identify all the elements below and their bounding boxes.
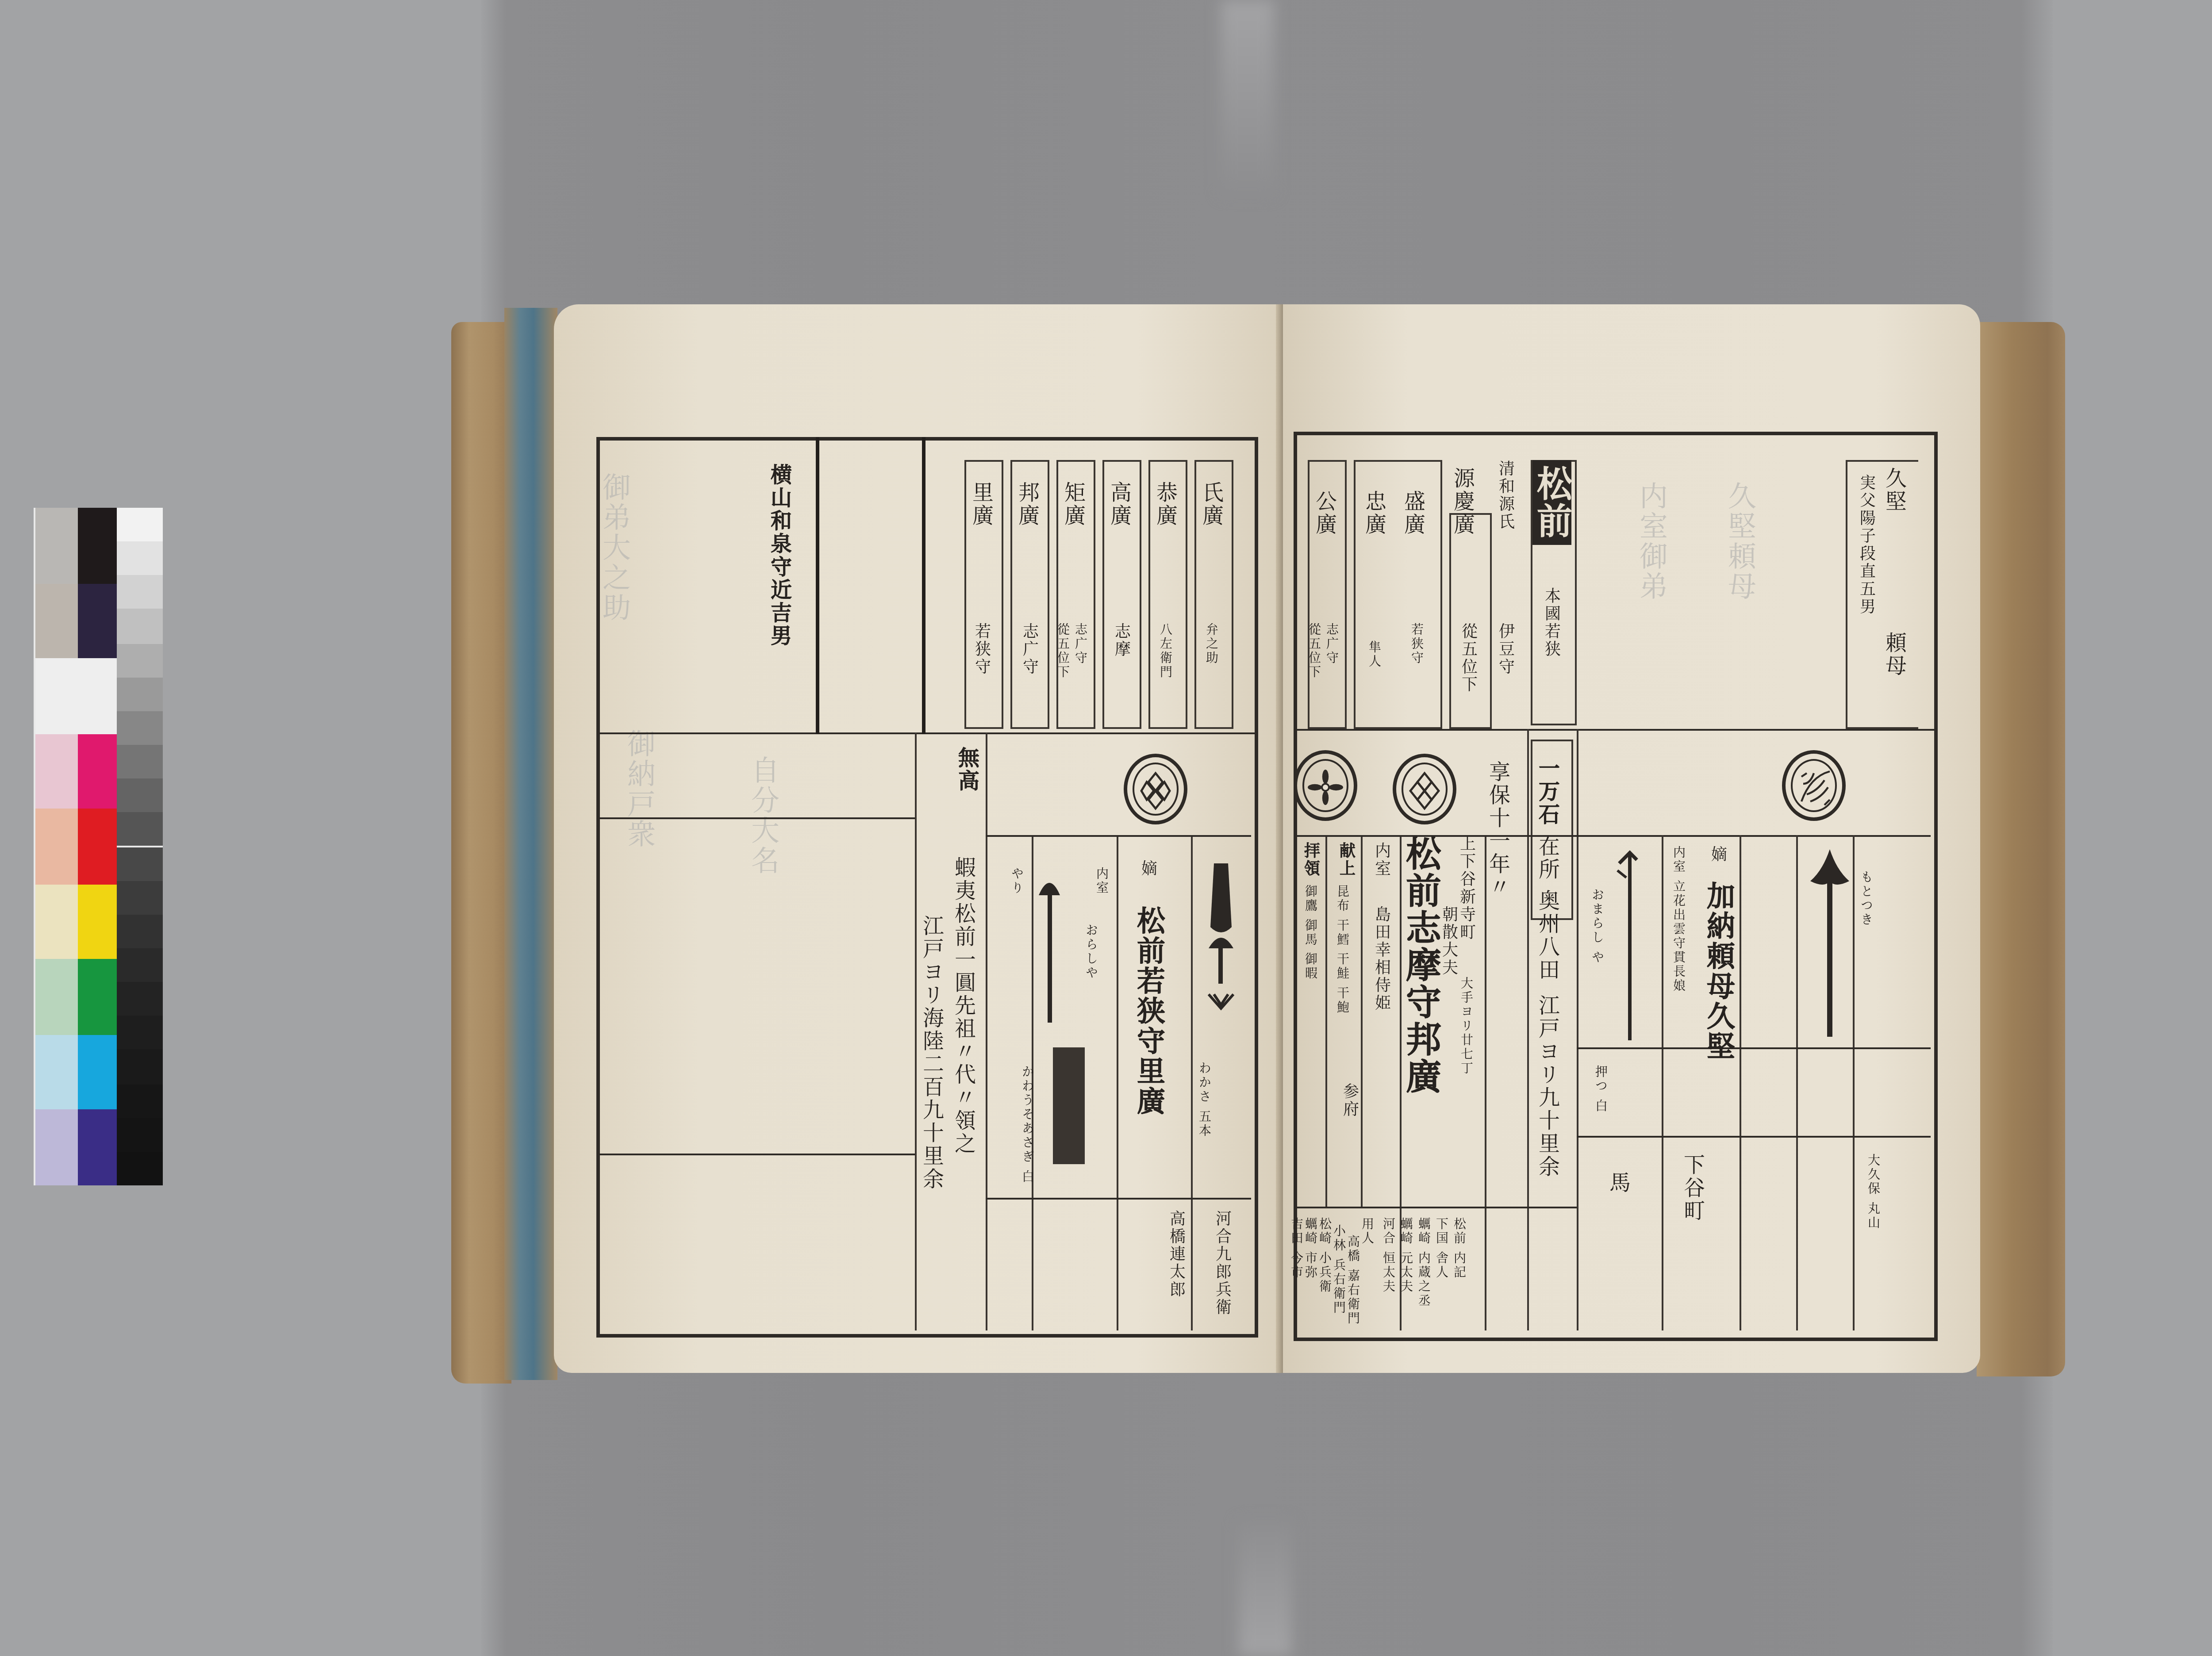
background-highlight-top bbox=[1221, 0, 1274, 195]
spear-note: おらしや bbox=[1085, 924, 1097, 980]
column-divider bbox=[1191, 835, 1193, 1330]
row-divider bbox=[986, 1198, 1251, 1200]
heir-name: 松前若狭守里廣 bbox=[1134, 906, 1163, 1116]
calibration-patch bbox=[78, 658, 117, 733]
descendant-name: 恭廣 bbox=[1156, 481, 1177, 527]
offerings-detail: 昆布 干鱈 干鮭 干鮑 bbox=[1336, 885, 1348, 1015]
spear-note: かわうそあさぎ 白 bbox=[1021, 1065, 1033, 1184]
offerings-season: 参府 bbox=[1340, 1083, 1356, 1118]
column-divider bbox=[1740, 835, 1741, 1330]
grayscale-patch bbox=[117, 1084, 163, 1118]
column-divider bbox=[1117, 835, 1118, 1330]
crossed-diamonds-mon-icon bbox=[1393, 754, 1456, 824]
column-divider bbox=[1796, 835, 1798, 1330]
calibration-patch bbox=[78, 1110, 117, 1185]
grayscale-patch bbox=[117, 948, 163, 982]
grayscale-patch bbox=[117, 982, 163, 1016]
leaf-mon-icon bbox=[1782, 750, 1846, 821]
retainer-name: 蠣崎 元太夫 bbox=[1400, 1217, 1412, 1294]
retainer-name: 河合九郎兵衛 bbox=[1212, 1210, 1228, 1316]
descendant-title: 志广守 bbox=[1325, 623, 1338, 665]
grayscale-patch bbox=[117, 575, 163, 609]
calibration-patch bbox=[78, 809, 117, 884]
founder-rank-box bbox=[1449, 513, 1492, 729]
yashiki-distance: 大手ヨリ廿七丁 bbox=[1460, 977, 1472, 1076]
descendant-name: 高廣 bbox=[1110, 481, 1131, 527]
residence: 在所 奥州八田 bbox=[1538, 835, 1559, 981]
founder-name: 源慶廣 bbox=[1453, 467, 1474, 536]
page-block-right-edge bbox=[1977, 322, 2065, 1376]
horse-note: 馬 bbox=[1609, 1171, 1630, 1194]
calibration-patch bbox=[35, 809, 78, 884]
row-divider bbox=[596, 732, 1255, 734]
descendant-name: 里廣 bbox=[972, 481, 993, 527]
hooked-spear-icon bbox=[1612, 846, 1655, 1051]
descendant-title: 志摩 bbox=[1111, 623, 1127, 658]
calibration-patch bbox=[35, 1035, 78, 1110]
descendant-name: 氏廣 bbox=[1202, 481, 1223, 527]
descendant-rank: 從五位下 bbox=[1056, 623, 1069, 679]
spear-note: やり bbox=[1010, 867, 1023, 895]
bleed-through-text: 内室御弟 bbox=[1637, 481, 1665, 602]
grayscale-patch bbox=[117, 847, 163, 881]
row-divider bbox=[986, 835, 1251, 837]
grayscale-patch bbox=[117, 1151, 163, 1185]
calibration-patch bbox=[35, 583, 78, 658]
town-note: 下谷町 bbox=[1683, 1154, 1704, 1223]
spear-emblem-icon bbox=[1032, 870, 1067, 1037]
retainer-name: 蠣崎 市弥 bbox=[1304, 1217, 1317, 1280]
row-divider bbox=[1577, 835, 1931, 837]
descendant-name: 盛廣 bbox=[1403, 490, 1425, 536]
descendant-name: 矩廣 bbox=[1064, 481, 1085, 527]
right-page: 公廣 從五位下 志广守 忠廣 隼人 盛廣 若狭守 從五位下 源慶廣 清和源氏 伊… bbox=[1283, 304, 1980, 1373]
daimyo-name: 松前志摩守邦廣 bbox=[1403, 835, 1439, 1095]
grayscale-patch bbox=[117, 1050, 163, 1084]
bleed-through-text: 久堅頼母 bbox=[1725, 481, 1754, 602]
note-detail: 実父陽子段直五男 bbox=[1856, 474, 1872, 616]
retainer-name: 小林 兵右衛門 bbox=[1333, 1224, 1345, 1315]
descendant-title: 志广守 bbox=[1019, 623, 1035, 676]
grayscale-patch bbox=[117, 881, 163, 915]
photo-stage: 御弟大之助 御納戸衆 自分大名 横山和泉守近吉男 里廣 若狭守 邦廣 志广守 矩… bbox=[0, 0, 2212, 1656]
calibration-patch bbox=[78, 508, 117, 583]
heir-label: 嫡 bbox=[1138, 860, 1154, 878]
founder-title: 伊豆守 bbox=[1495, 623, 1511, 676]
column-divider bbox=[922, 437, 926, 734]
retainers-label: 用人 bbox=[1361, 1217, 1373, 1246]
retainer-name: 吉田 今市 bbox=[1290, 1217, 1302, 1280]
grayscale-patch bbox=[117, 643, 163, 677]
calibration-patch bbox=[78, 734, 117, 809]
calibration-patch bbox=[78, 959, 117, 1035]
note-mother: 頼母 bbox=[1885, 632, 1906, 678]
court-rank: 朝散大夫 bbox=[1439, 906, 1455, 977]
retainer-name: 高橋連太郎 bbox=[1166, 1210, 1182, 1299]
grayscale-patch bbox=[117, 745, 163, 779]
calibration-patch bbox=[35, 734, 78, 809]
grayscale-patch bbox=[117, 508, 163, 542]
kokudaka: 一万石 bbox=[1538, 757, 1559, 826]
domain-note: 蝦夷松前一圓先祖〃代〃領之 bbox=[954, 856, 975, 1155]
grayscale-patch bbox=[117, 914, 163, 948]
grayscale-patch bbox=[117, 813, 163, 847]
open-book: 御弟大之助 御納戸衆 自分大名 横山和泉守近吉男 里廣 若狭守 邦廣 志广守 矩… bbox=[451, 269, 2076, 1415]
heir-label: 嫡 bbox=[1708, 846, 1724, 863]
retainer-name: 河合 恒太夫 bbox=[1382, 1217, 1394, 1294]
calibration-patch bbox=[35, 658, 78, 733]
column-divider bbox=[816, 437, 819, 734]
background-highlight-bottom bbox=[1239, 1522, 1292, 1656]
founder-rank: 從五位下 bbox=[1458, 623, 1474, 694]
descendant-title: 志广守 bbox=[1074, 623, 1087, 665]
column-divider bbox=[1485, 835, 1486, 1330]
blue-cover-binding bbox=[504, 308, 557, 1380]
row-divider bbox=[596, 1154, 915, 1155]
home-province: 本國若狭 bbox=[1541, 587, 1557, 658]
column-divider bbox=[1662, 835, 1663, 1330]
retainer-name: 松崎 小兵衛 bbox=[1318, 1217, 1331, 1294]
grayscale-patch bbox=[117, 677, 163, 711]
retainer-name: 蠣崎 内蔵之丞 bbox=[1417, 1217, 1430, 1308]
note-heir: 久堅 bbox=[1885, 467, 1906, 513]
sheath-block-icon bbox=[1053, 1047, 1085, 1164]
side-note-yokoyama: 横山和泉守近吉男 bbox=[770, 464, 791, 648]
distance: 江戸ヨリ九十里余 bbox=[1538, 994, 1559, 1178]
column-divider bbox=[1325, 835, 1327, 1207]
row-divider bbox=[1294, 835, 1577, 837]
grayscale-patch bbox=[117, 779, 163, 813]
grayscale-patch bbox=[117, 711, 163, 745]
column-divider bbox=[1853, 835, 1855, 1330]
grayscale-patch bbox=[117, 1118, 163, 1152]
descendant-rank: 從五位下 bbox=[1308, 623, 1320, 679]
column-divider bbox=[1577, 729, 1578, 1330]
ornamental-spear-icon bbox=[1202, 856, 1240, 1058]
wife-label: 内室 bbox=[1371, 842, 1387, 878]
grayscale-patch bbox=[117, 1016, 163, 1050]
clan-label: 松前 bbox=[1532, 460, 1571, 545]
heir-mother: 内室 立花出雲守貫長娘 bbox=[1672, 846, 1685, 993]
column-divider bbox=[1361, 835, 1363, 1207]
crossed-diamonds-mon-icon bbox=[1124, 754, 1187, 824]
column-divider bbox=[986, 732, 987, 1330]
spear-note: もとつき bbox=[1860, 870, 1872, 927]
spear-emblem-icon bbox=[1807, 846, 1853, 1047]
far-note: 大久保 丸山 bbox=[1867, 1154, 1879, 1230]
flower-mon-icon bbox=[1294, 750, 1357, 821]
column-divider bbox=[1527, 729, 1529, 1330]
calibration-patch bbox=[35, 959, 78, 1035]
lineage: 清和源氏 bbox=[1495, 460, 1511, 531]
crest-note: 押つ 白 bbox=[1594, 1065, 1607, 1113]
retainer-name: 下国 舎人 bbox=[1435, 1217, 1448, 1280]
column-divider bbox=[915, 732, 917, 1330]
spear-note: わかさ 五本 bbox=[1198, 1062, 1210, 1138]
grayscale-patch bbox=[117, 609, 163, 644]
descendant-name: 邦廣 bbox=[1018, 481, 1039, 527]
descendant-title: 八左衛門 bbox=[1159, 623, 1171, 679]
grayscale-patch bbox=[117, 542, 163, 576]
calibration-patch bbox=[35, 1110, 78, 1185]
grant-label: 拝領 bbox=[1301, 842, 1317, 878]
row-divider bbox=[596, 817, 915, 819]
left-page: 御弟大之助 御納戸衆 自分大名 横山和泉守近吉男 里廣 若狭守 邦廣 志广守 矩… bbox=[554, 304, 1283, 1373]
heir-name: 加納頼母久堅 bbox=[1704, 881, 1732, 1062]
year-column: 享保十一年〃 bbox=[1488, 761, 1509, 899]
calibration-patch bbox=[78, 583, 117, 658]
calibration-patch bbox=[78, 1035, 117, 1110]
descendant-title: 弁之助 bbox=[1205, 623, 1217, 665]
calibration-patch bbox=[35, 508, 78, 583]
descendant-title: 隼人 bbox=[1368, 640, 1380, 669]
descendant-title: 若狭守 bbox=[972, 623, 987, 676]
retainer-name: 高橋 嘉右衛門 bbox=[1347, 1235, 1359, 1326]
page-block-left-edge bbox=[451, 322, 511, 1384]
offerings-label: 献上 bbox=[1336, 842, 1352, 878]
descendant-name: 忠廣 bbox=[1364, 490, 1386, 536]
calibration-patch bbox=[35, 884, 78, 959]
distance-note: 江戸ヨリ海陸二百九十里余 bbox=[922, 915, 943, 1191]
stipend-label: 無高 bbox=[957, 747, 979, 793]
retainer-name: 松前 内記 bbox=[1453, 1217, 1465, 1280]
row-divider bbox=[1577, 1136, 1931, 1138]
descendant-name: 公廣 bbox=[1315, 490, 1336, 536]
calibration-patch bbox=[78, 884, 117, 959]
grant-detail: 御鷹 御馬 御暇 bbox=[1304, 885, 1317, 981]
row-divider bbox=[1294, 1207, 1577, 1208]
wife-detail: 島田幸相侍姫 bbox=[1371, 906, 1387, 1012]
heir-wife-label: 内室 bbox=[1095, 867, 1108, 895]
color-calibration-chart bbox=[34, 508, 163, 1185]
row-divider bbox=[1294, 729, 1934, 731]
yashiki: 上下谷新寺町 bbox=[1456, 835, 1472, 941]
spear-note: おまらし や bbox=[1591, 888, 1603, 965]
descendant-title: 若狭守 bbox=[1410, 623, 1423, 665]
